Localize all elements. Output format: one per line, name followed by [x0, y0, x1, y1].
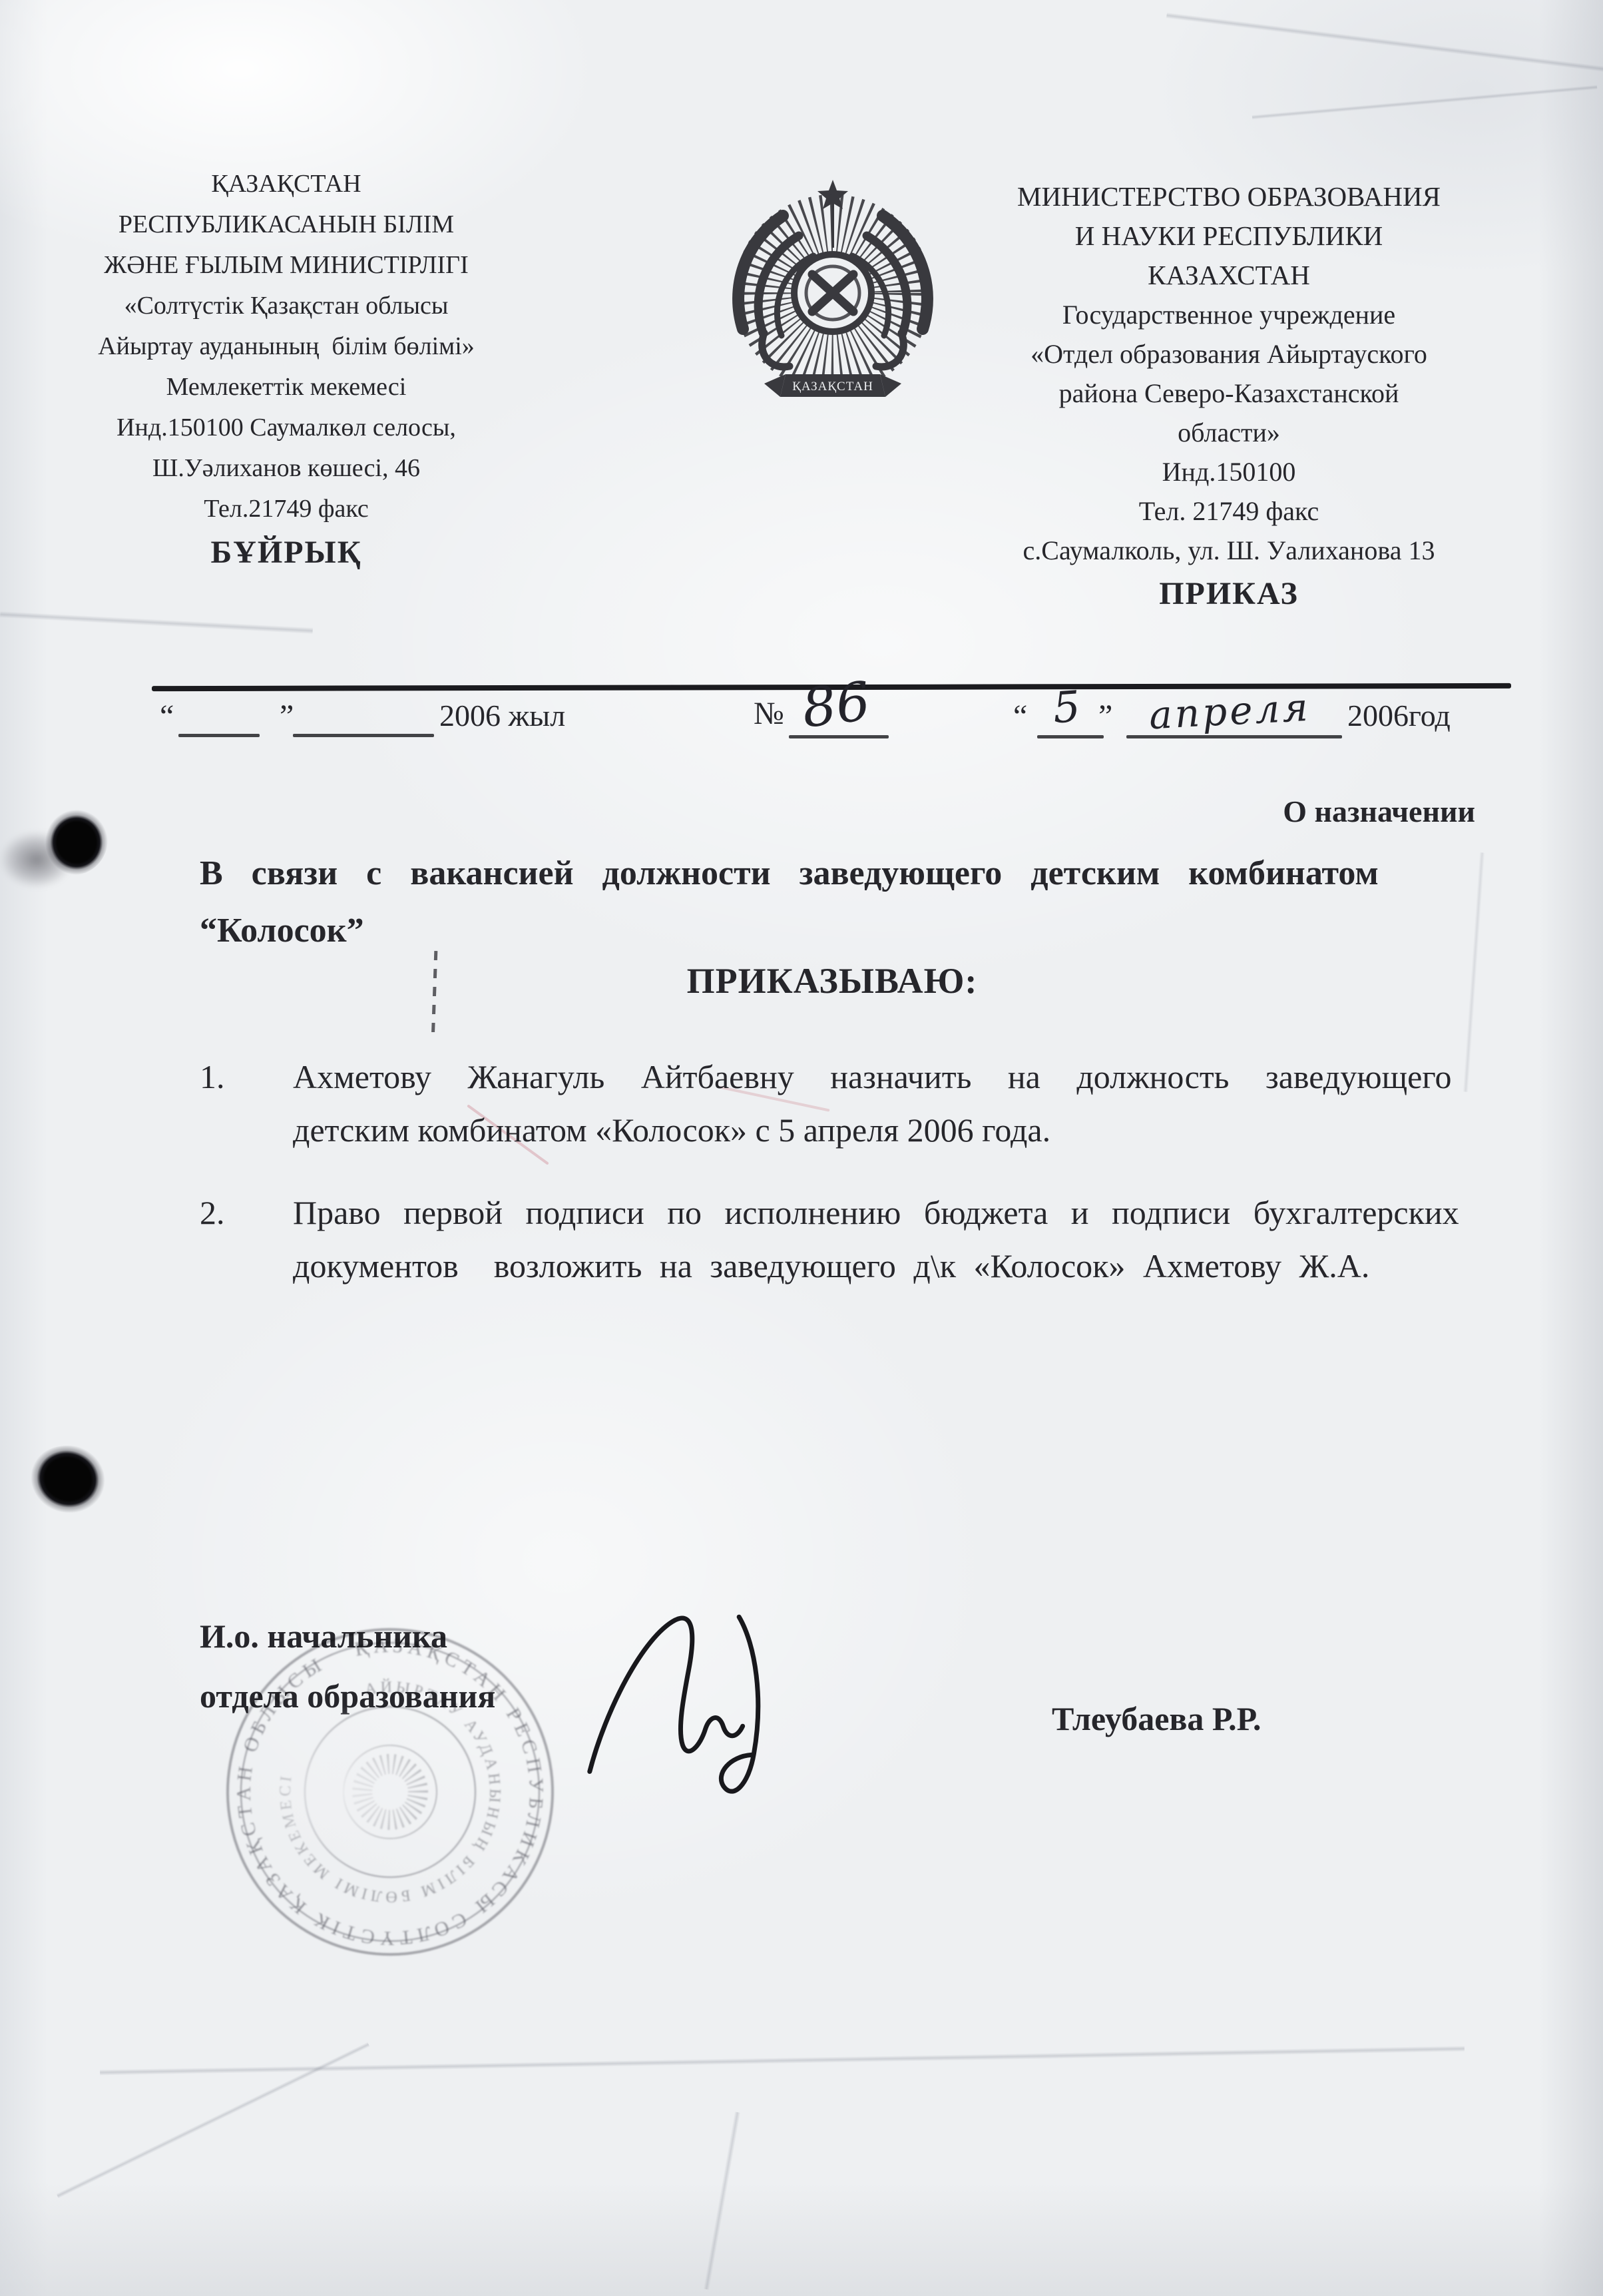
date-year-kazakh: 2006 жыл	[439, 698, 565, 733]
order-title-russian: ПРИКАЗ	[935, 574, 1523, 613]
header-left-line: Ш.Уәлиханов көшесі, 46	[85, 448, 487, 489]
paper-crease	[1166, 13, 1603, 74]
header-right-block: МИНИСТЕРСТВО ОБРАЗОВАНИЯ И НАУКИ РЕСПУБЛ…	[935, 177, 1523, 613]
item-2-line-2: документов возложить на заведующего д\к …	[293, 1247, 1369, 1285]
stamp-outer-ring-text: ҚАЗАҚСТАН РЕСПУБЛИКАСЫ СОЛТҮСТІК ҚАЗАҚСТ…	[200, 1601, 581, 1982]
header-left-line: РЕСПУБЛИКАСАНЫН БІЛІМ	[85, 204, 487, 245]
header-left-line: ҚАЗАҚСТАН	[85, 164, 487, 204]
header-left-line: Инд.150100 Саумалкөл селосы,	[85, 408, 487, 448]
header-right-line: района Северо-Казахстанской	[935, 374, 1523, 413]
paper-crease	[100, 2046, 1465, 2076]
header-left-line: ЖӘНЕ ҒЫЛЫМ МИНИСТІРЛІГІ	[85, 245, 487, 286]
scan-scuff-mark	[431, 951, 438, 1040]
date-month-blank-underline	[293, 734, 434, 737]
header-right-line: с.Саумалколь, ул. Ш. Уалиханова 13	[935, 531, 1523, 570]
header-right-line: Государственное учреждение	[935, 295, 1523, 334]
emblem-banner-text: ҚАЗАҚСТАН	[792, 380, 873, 394]
day-underline	[1037, 735, 1104, 738]
svg-text:ҚАЗАҚСТАН РЕСПУБЛИКАСЫ СОЛТҮСТ: ҚАЗАҚСТАН РЕСПУБЛИКАСЫ СОЛТҮСТІК ҚАЗАҚСТ…	[200, 1601, 581, 1982]
date-open-quote: “	[160, 698, 174, 734]
date-year-russian: 2006год	[1347, 698, 1451, 733]
day-close-quote: ”	[1098, 698, 1112, 734]
intro-line-2: “Колосок”	[200, 911, 364, 950]
header-left-block: ҚАЗАҚСТАН РЕСПУБЛИКАСАНЫН БІЛІМ ЖӘНЕ ҒЫЛ…	[85, 164, 487, 573]
item-2-line-1: Право первой подписи по исполнению бюдже…	[293, 1193, 1459, 1232]
order-word: ПРИКАЗЫВАЮ:	[599, 960, 1065, 1002]
header-right-line: области»	[935, 413, 1523, 452]
header-right-line: КАЗАХСТАН	[935, 256, 1523, 295]
header-left-line: Айыртау ауданының білім бөлімі»	[85, 326, 487, 367]
day-handwritten: 5	[1051, 683, 1082, 734]
paper-crease	[0, 611, 313, 635]
header-right-line: «Отдел образования Айыртауского	[935, 334, 1523, 374]
date-close-quote: ”	[280, 698, 294, 734]
order-title-kazakh: БҰЙРЫҚ	[85, 532, 487, 573]
month-handwritten: апреля	[1148, 685, 1311, 738]
header-right-line: И НАУКИ РЕСПУБЛИКИ	[935, 216, 1523, 256]
day-open-quote: “	[1013, 698, 1027, 734]
subject-line: О назначении	[1132, 794, 1475, 829]
intro-line-1: В связи с вакансией должности заведующег…	[200, 854, 1379, 893]
order-number-sign: №	[754, 695, 784, 732]
scanned-order-document: ҚАЗАҚСТАН РЕСПУБЛИКАСАНЫН БІЛІМ ЖӘНЕ ҒЫЛ…	[0, 0, 1603, 2296]
punch-hole	[45, 810, 108, 875]
month-underline	[1126, 735, 1342, 738]
signature-scribble	[559, 1585, 815, 1841]
paper-crease	[1252, 85, 1598, 119]
header-left-line: Тел.21749 факс	[85, 489, 487, 529]
signatory-name: Тлеубаева Р.Р.	[1052, 1699, 1261, 1738]
paper-crease	[1463, 852, 1485, 1092]
item-1-line-2: детским комбинатом «Колосок» с 5 апреля …	[293, 1111, 1050, 1149]
item-1-number: 1.	[200, 1057, 225, 1096]
punch-hole	[23, 1437, 112, 1521]
paper-crease	[704, 2112, 741, 2289]
kazakhstan-coat-of-arms-icon: ҚАЗАҚСТАН	[724, 154, 941, 416]
item-2-number: 2.	[200, 1193, 225, 1232]
date-day-blank-underline	[178, 734, 260, 737]
header-right-line: МИНИСТЕРСТВО ОБРАЗОВАНИЯ	[935, 177, 1523, 216]
header-left-line: «Солтүстік Қазақстан облысы	[85, 286, 487, 326]
item-1-line-1: Ахметову Жанагуль Айтбаевну назначить на…	[293, 1057, 1452, 1096]
header-right-line: Тел. 21749 факс	[935, 491, 1523, 531]
header-right-line: Инд.150100	[935, 452, 1523, 491]
paper-crease	[57, 2042, 370, 2198]
header-left-line: Мемлекеттік мекемесі	[85, 367, 487, 408]
order-number-handwritten: 86	[799, 670, 873, 740]
